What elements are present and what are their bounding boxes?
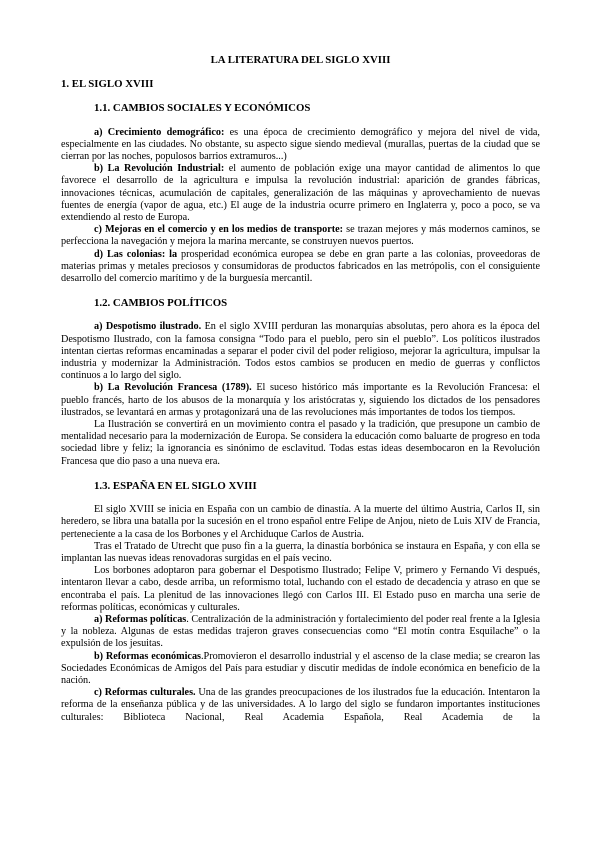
section-heading-1-1: 1.1. CAMBIOS SOCIALES Y ECONÓMICOS [61, 102, 540, 114]
paragraph-1-3-utrecht: Tras el Tratado de Utrecht que puso fin … [61, 541, 540, 565]
section-heading-1-2: 1.2. CAMBIOS POLÍTICOS [61, 297, 540, 309]
paragraph-1-1-d: d) Las colonias: la prosperidad económic… [61, 249, 540, 286]
document-title: LA LITERATURA DEL SIGLO XVIII [61, 54, 540, 66]
paragraph-1-2-a: a) Despotismo ilustrado. En el siglo XVI… [61, 321, 540, 382]
paragraph-lead: a) Reformas políticas [94, 614, 186, 625]
paragraph-1-3-a: a) Reformas políticas. Centralización de… [61, 614, 540, 651]
paragraph-1-1-a: a) Crecimiento demográfico: es una época… [61, 127, 540, 164]
paragraph-lead: b) Reformas económicas [94, 651, 201, 662]
paragraph-text: Los borbones adoptaron para gobernar el … [61, 565, 540, 613]
paragraph-lead: b) La Revolución Francesa (1789). [94, 382, 252, 393]
paragraph-1-3-c: c) Reformas culturales. Una de las grand… [61, 687, 540, 724]
paragraph-1-1-c: c) Mejoras en el comercio y en los medio… [61, 224, 540, 248]
chapter-heading: 1. EL SIGLO XVIII [61, 78, 540, 90]
document-page: LA LITERATURA DEL SIGLO XVIII 1. EL SIGL… [0, 0, 600, 848]
paragraph-lead: a) Despotismo ilustrado. [94, 321, 201, 332]
section-cambios-politicos: 1.2. CAMBIOS POLÍTICOS a) Despotismo ilu… [61, 297, 540, 468]
paragraph-text: El siglo XVIII se inicia en España con u… [61, 504, 540, 539]
paragraph-1-1-b: b) La Revolución Industrial: el aumento … [61, 163, 540, 224]
paragraph-1-3-borbones: Los borbones adoptaron para gobernar el … [61, 565, 540, 614]
section-cambios-sociales-economicos: 1.1. CAMBIOS SOCIALES Y ECONÓMICOS a) Cr… [61, 102, 540, 285]
paragraph-1-2-ilustracion: La Ilustración se convertirá en un movim… [61, 419, 540, 468]
paragraph-lead: d) Las colonias: la [94, 249, 177, 260]
paragraph-lead: c) Mejoras en el comercio y en los medio… [94, 224, 343, 235]
paragraph-1-3-dinastia: El siglo XVIII se inicia en España con u… [61, 504, 540, 541]
paragraph-lead: a) Crecimiento demográfico: [94, 127, 224, 138]
paragraph-lead: c) Reformas culturales. [94, 687, 196, 698]
paragraph-1-2-b: b) La Revolución Francesa (1789). El suc… [61, 382, 540, 419]
paragraph-text: Tras el Tratado de Utrecht que puso fin … [61, 541, 540, 564]
paragraph-1-3-b: b) Reformas económicas.Promovieron el de… [61, 651, 540, 688]
paragraph-text: La Ilustración se convertirá en un movim… [61, 419, 540, 467]
section-espana-siglo-xviii: 1.3. ESPAÑA EN EL SIGLO XVIII El siglo X… [61, 480, 540, 724]
paragraph-lead: b) La Revolución Industrial: [94, 163, 224, 174]
section-heading-1-3: 1.3. ESPAÑA EN EL SIGLO XVIII [61, 480, 540, 492]
